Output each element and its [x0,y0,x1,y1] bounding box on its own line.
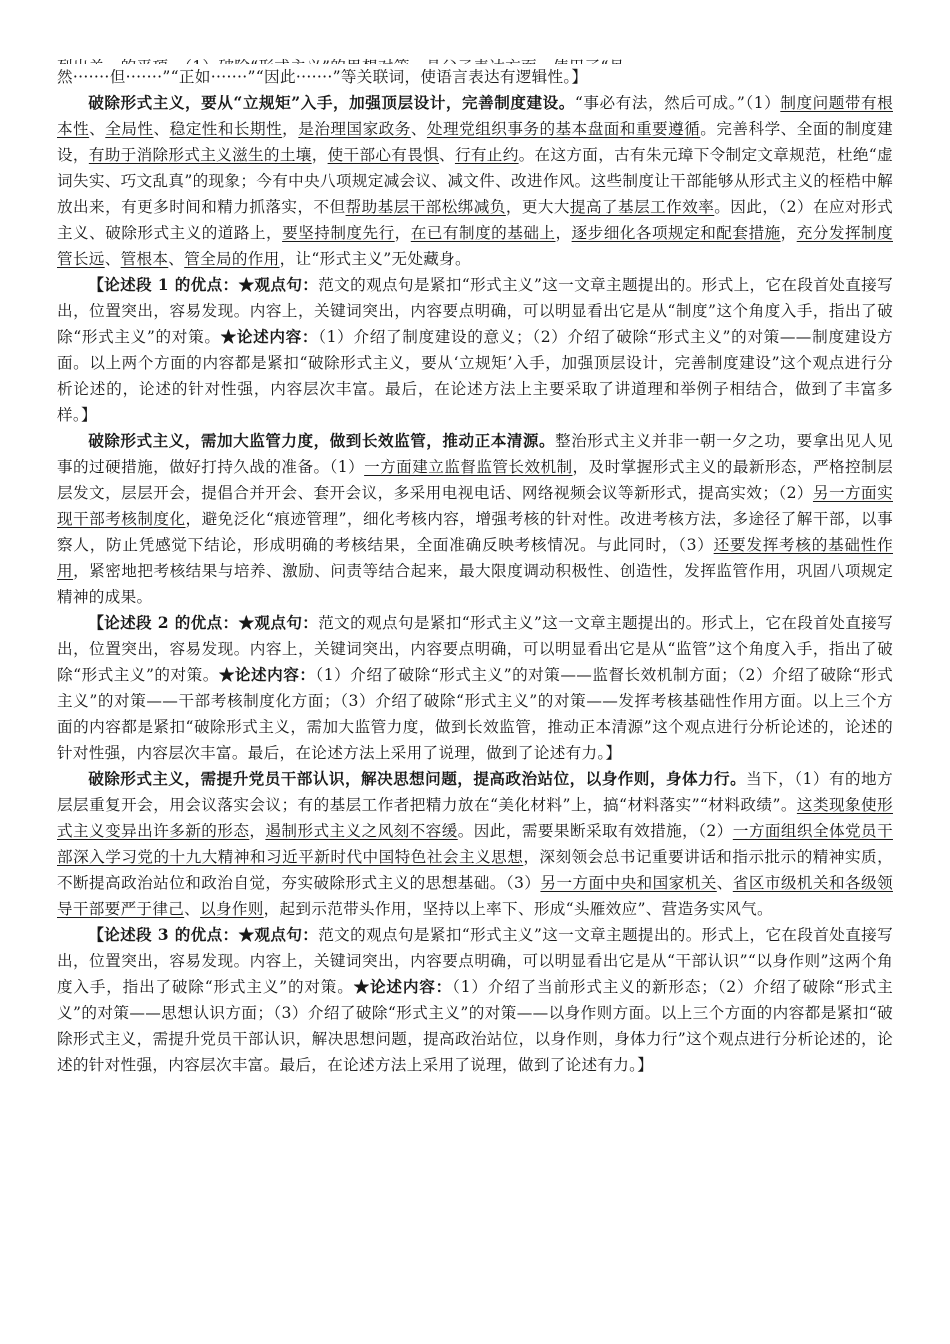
body-text: ， [312,146,328,164]
commentary-paragraph-3: 【论述段 3 的优点：★观点句：范文的观点句是紧扣“形式主义”这一文章主题提出的… [57,922,893,1078]
underlined-text: 要坚持制度先行 [282,224,395,242]
underlined-text: 管全局的作用 [184,250,279,268]
underlined-text: 另一方面中央和国家机关 [540,874,716,892]
body-text: 然·······但·······”“正如·······”“因此·······”等… [57,68,587,86]
bold-text: 【论述段 2 的优点：★观点句： [88,613,318,632]
underlined-text: 全局性 [105,120,153,138]
underlined-text: 管根本 [121,250,169,268]
underlined-text: 使干部心有畏惧 [328,146,439,164]
body-text: ，让“形式主义”无处藏身。 [280,250,471,268]
underlined-text: 行有止约 [455,146,519,164]
body-text: “事必有法，然后可成。”（1） [575,94,780,112]
argument-paragraph-3: 破除形式主义，需提升党员干部认识，解决思想问题，提高政治站位，以身作则，身体力行… [57,766,893,922]
underlined-text: 有助于消除形式主义滋生的土壤 [89,146,312,164]
body-text: 、 [89,120,105,138]
argument-paragraph-1: 破除形式主义，要从“立规矩”入手，加强顶层设计，完善制度建设。“事必有法，然后可… [57,90,893,272]
bold-text: ★论述内容： [221,327,319,346]
underlined-text: 提高了基层工作效率 [570,198,714,216]
body-text: ，紧密地把考核结果与培养、激励、问责等结合起来，最大限度调动积极性、创造性，发挥… [57,562,893,606]
argument-paragraph-2: 破除形式主义，需加大监管力度，做到长效监管，推动正本清源。整治形式主义并非一朝一… [57,428,893,610]
underlined-text: 稳定性和长期性 [170,120,283,138]
bold-text: 【论述段 1 的优点：★观点句： [88,275,318,294]
bold-text: 破除形式主义，需加大监管力度，做到长效监管，推动正本清源。 [88,431,555,450]
underlined-text: 在已有制度的基础上 [411,224,556,242]
body-text: 、 [411,120,427,138]
bold-text: 破除形式主义，要从“立规矩”入手，加强顶层设计，完善制度建设。 [88,93,575,112]
document-body: 然·······但·······”“正如·······”“因此·······”等… [57,64,893,1078]
body-text: 、 [154,120,170,138]
underlined-text: 以身作则 [200,900,264,918]
body-text: ， [781,224,797,242]
cut-off-line: 列出关，的平项，（1）破除“形式主义”的思想对策，具父子表达方面，使用了“虽 [57,56,893,64]
bold-text: 【论述段 3 的优点：★观点句： [88,925,318,944]
body-text: 、 [717,874,733,892]
body-text: ， [249,822,265,840]
intro-continuation-paragraph: 然·······但·······”“正如·······”“因此·······”等… [57,64,893,90]
underlined-text: 帮助基层干部松绑减负 [346,198,506,216]
bold-text: ★论述内容： [219,665,316,684]
body-text: ， [282,120,298,138]
body-text: ， [395,224,411,242]
underlined-text: 遏制形式主义之风刻不容缓 [265,822,457,840]
body-text: ， [555,224,571,242]
body-text: ，更大大 [506,198,570,216]
underlined-text: 一方面建立监督监管长效机制 [364,458,572,476]
document-page: 列出关，的平项，（1）破除“形式主义”的思想对策，具父子表达方面，使用了“虽 然… [57,58,893,1078]
commentary-paragraph-1: 【论述段 1 的优点：★观点句：范文的观点句是紧扣“形式主义”这一文章主题提出的… [57,272,893,428]
underlined-text: 处理党组织事务的基本盘面和重要遵循 [427,120,700,138]
underlined-text: 是治理国家政务 [298,120,411,138]
body-text: 。因此，需要果断采取有效措施，（2） [458,822,733,840]
body-text: 、 [105,250,121,268]
underlined-text: 逐步细化各项规定和配套措施 [572,224,781,242]
body-text: 、 [168,250,184,268]
commentary-paragraph-2: 【论述段 2 的优点：★观点句：范文的观点句是紧扣“形式主义”这一文章主题提出的… [57,610,893,766]
body-text: ，起到示范带头作用，坚持以上率下、形成“头雁效应”、营造务实风气。 [264,900,773,918]
body-text: 、 [184,900,200,918]
bold-text: ★论述内容： [354,977,452,996]
body-text: 、 [439,146,455,164]
bold-text: 破除形式主义，需提升党员干部认识，解决思想问题，提高政治站位，以身作则，身体力行… [88,769,746,788]
